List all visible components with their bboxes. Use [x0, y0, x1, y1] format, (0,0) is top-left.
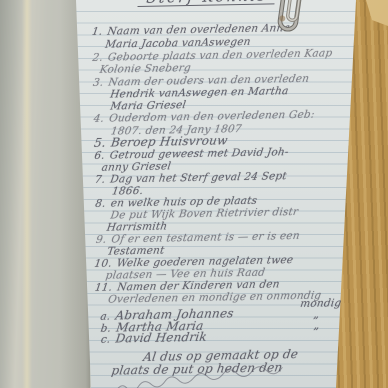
photo-of-document-page: Sterf Kennis 1.Naam van den overledenen … — [0, 0, 388, 388]
document-title: Sterf Kennis — [137, 0, 276, 7]
item-2-line-1: 2.Geboorte plaats van den overleden Kaap — [92, 48, 333, 64]
item-10-number: 10. — [94, 257, 113, 269]
child-c-row: c.David Hendrik — [100, 332, 208, 346]
item-9-line-1: 9.Of er een testament is — er is een — [95, 231, 300, 246]
item-1-number: 1. — [91, 26, 103, 38]
cutoff-line-strokes — [114, 375, 334, 388]
item-7-number: 7. — [94, 174, 106, 186]
item-7-line-1: 7.Dag van het Sterf geval 24 Sept — [94, 171, 287, 186]
item-4-number: 4. — [93, 113, 105, 125]
child-c-status: ” — [312, 327, 319, 338]
item-2-number: 2. — [92, 52, 104, 64]
child-a-letter: a. — [100, 311, 112, 323]
page-content: Sterf Kennis 1.Naam van den overledenen … — [0, 0, 388, 388]
item-11-number: 11. — [94, 281, 113, 293]
item-2-line-2: Kolonie Sneberg — [99, 63, 192, 76]
item-3-number: 3. — [92, 77, 104, 89]
item-8-number: 8. — [94, 198, 106, 210]
item-4-line-1: 4.Ouderdom van den overledenen Geb: — [93, 110, 315, 125]
item-7-line-2: 1866. — [111, 186, 144, 198]
paperclip-icon — [270, 0, 319, 44]
item-9-number: 9. — [95, 234, 107, 246]
child-a-status: mondig — [299, 298, 342, 310]
child-c-name: David Hendrik — [115, 330, 208, 346]
item-11-line-2: Overledenen en mondige en onmondig — [107, 290, 322, 305]
item-8-line-2: De put Wijk Boven Rietrivier distr — [110, 207, 299, 222]
item-5-number: 5. — [93, 136, 107, 150]
item-6-number: 6. — [94, 150, 106, 162]
item-3-line-2: Hendrik vanAswegen en Martha — [109, 86, 289, 100]
item-6-line-1: 6.Getroud geweest met David Joh- — [94, 147, 290, 162]
child-c-letter: c. — [100, 334, 111, 346]
item-1-line-1: 1.Naam van den overledenen Anna — [91, 23, 290, 38]
